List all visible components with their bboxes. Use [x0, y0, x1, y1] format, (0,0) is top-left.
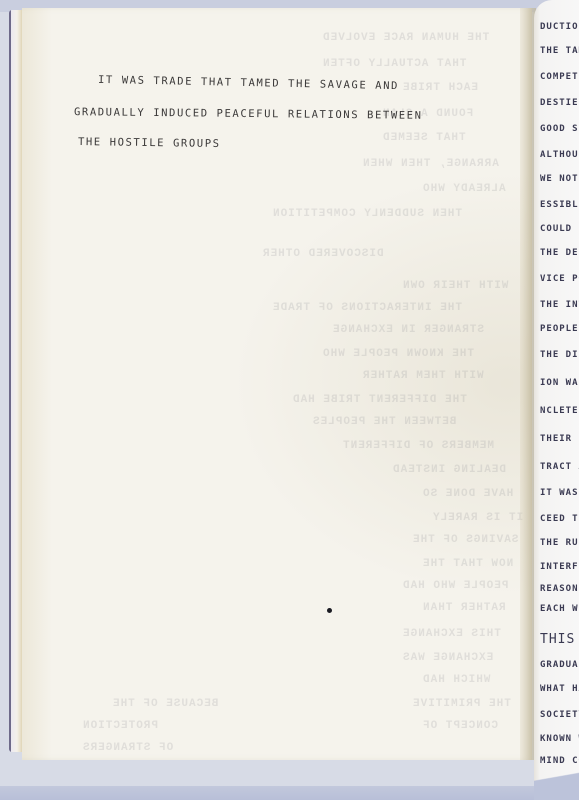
edge-line: INTERFE — [540, 562, 579, 572]
bleed-line: OF STRANGERS — [82, 742, 173, 754]
edge-line: GOOD SCARCIT — [540, 124, 579, 134]
edge-line: REASONS — [540, 584, 579, 594]
bleed-line: PROTECTION — [82, 720, 158, 732]
edge-line: THIS — [540, 632, 575, 647]
edge-line: IT WAS TH — [540, 488, 579, 498]
bleed-line: THE PRIMITIVE — [412, 698, 511, 710]
edge-line: MIND COV — [540, 756, 579, 766]
edge-line: TRACT A — [540, 462, 579, 472]
edge-line: NCLETE C — [540, 406, 579, 416]
bleed-line: ARRANGE, THEN WHEN — [362, 158, 499, 170]
edge-line: ESSIBLE LE — [540, 200, 579, 210]
edge-line: KNOWN W — [540, 734, 579, 744]
bleed-line: MEMBERS OF DIFFERENT — [342, 440, 494, 452]
edge-line: THE TAMAGE — [540, 46, 579, 56]
edge-line: WHAT HAS — [540, 684, 579, 694]
edge-line: THE DIFFER — [540, 350, 579, 360]
bleed-line: RATHER THAN — [422, 602, 506, 614]
bleed-line: BETWEEN THE PEOPLES — [312, 416, 456, 428]
edge-line: ION WAS — [540, 378, 579, 388]
bleed-line: DISCOVERED OTHER — [262, 248, 384, 260]
book-spine — [9, 10, 23, 752]
bleed-line: THAT SEEMED — [382, 132, 466, 144]
bleed-line: PEOPLE WHO HAD — [402, 580, 508, 592]
edge-line: THE INTINCT — [540, 300, 579, 310]
bleed-line: THE DIFFERENT TRIBE HAD — [292, 394, 467, 406]
bleed-line: SAVINGS OF THE — [412, 534, 518, 546]
edge-line: DESTIE CAUS — [540, 98, 579, 108]
handwritten-line-2: GRADUALLY INDUCED PEACEFUL RELATIONS BET… — [74, 106, 423, 122]
edge-line: VICE POSSIB — [540, 274, 579, 284]
bleed-line: WITH THEIR OWN — [402, 280, 508, 292]
edge-line: GRADUAL — [540, 660, 579, 670]
edge-line: WE NOT "ECO — [540, 174, 579, 184]
edge-line: COMPETITIVE, N — [540, 72, 579, 82]
edge-line: THE RULES — [540, 538, 579, 548]
bleed-line: IT IS RARELY — [432, 512, 523, 524]
bleed-line: EACH TRIBE — [402, 82, 478, 94]
bleed-line: THE HUMAN RACE EVOLVED — [322, 32, 489, 44]
bleed-line: THE KNOWN PEOPLE WHO — [322, 348, 474, 360]
edge-line: PEOPLE TO — [540, 324, 579, 334]
edge-line: COULD BE IN — [540, 224, 579, 234]
bleed-line: BECAUSE OF THE — [112, 698, 218, 710]
bleed-line: WHICH HAD — [422, 674, 490, 686]
background-bottom — [0, 786, 579, 800]
bleed-line: THAT ACTUALLY OFTEN — [322, 58, 466, 70]
edge-line: THE DECIS — [540, 248, 579, 258]
bleed-line: CONCEPT OF — [422, 720, 498, 732]
edge-line: SOCIETY I — [540, 710, 579, 720]
bleed-line: ALREADY WHO — [422, 183, 506, 195]
handwritten-line-1: IT WAS TRADE THAT TAMED THE SAVAGE AND — [98, 74, 399, 92]
ink-dot — [327, 608, 332, 613]
handwritten-line-3: THE HOSTILE GROUPS — [78, 136, 221, 150]
edge-line: ALTHOUGH TH — [540, 150, 579, 160]
bleed-line: WITH THEM RATHER — [362, 370, 484, 382]
edge-line: EACH W — [540, 604, 579, 614]
bleed-line: DEALING INSTEAD — [392, 464, 506, 476]
bleed-line: EXCHANGE WAS — [402, 652, 493, 664]
edge-line: DUCTION, W — [540, 22, 579, 32]
right-page: DUCTION, W THE TAMAGE COMPETITIVE, N DES… — [534, 0, 579, 800]
edge-line: CEED TH — [540, 514, 579, 524]
bleed-line: THE INTERACTIONS OF TRADE — [272, 302, 462, 314]
bleed-line: NOW THAT THE — [422, 558, 513, 570]
bleed-line: STRANGER IN EXCHANGE — [332, 324, 484, 336]
bleed-line: THIS EXCHANGE — [402, 628, 501, 640]
edge-line: THEIR C — [540, 434, 579, 444]
bleed-line: THEN SUDDENLY COMPETITION — [272, 208, 462, 220]
left-page: THE HUMAN RACE EVOLVED THAT ACTUALLY OFT… — [22, 8, 532, 760]
bleed-line: HAVE DONE SO — [422, 488, 513, 500]
